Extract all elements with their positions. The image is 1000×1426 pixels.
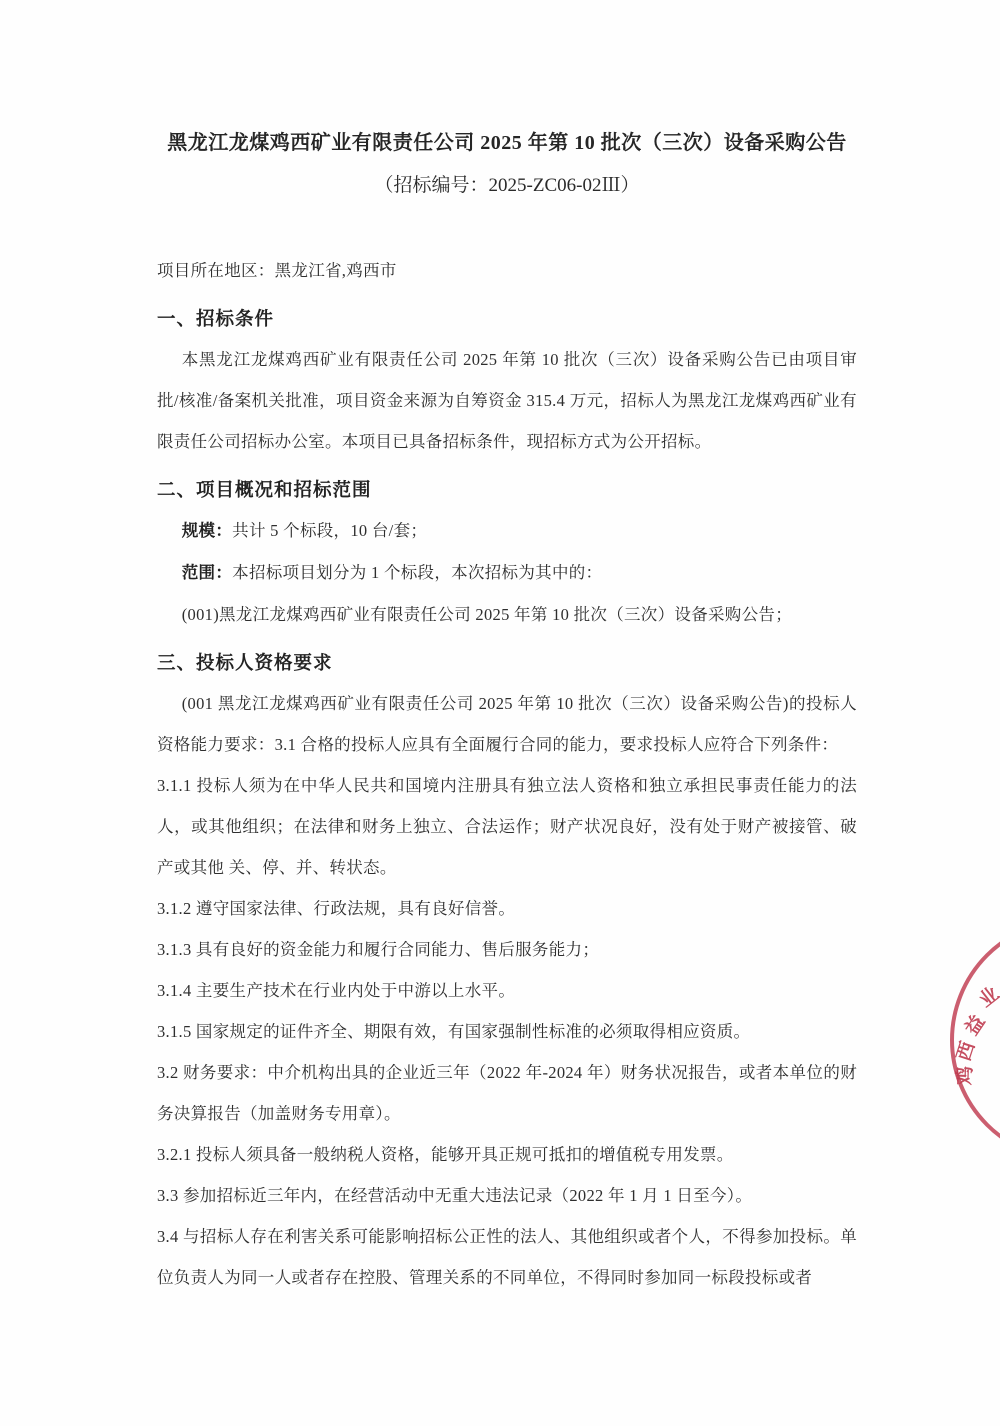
scope-text: 本招标项目划分为 1 个标段，本次招标为其中的： bbox=[232, 563, 602, 582]
document-content: 黑龙江龙煤鸡西矿业有限责任公司 2025 年第 10 批次（三次）设备采购公告 … bbox=[0, 0, 1000, 1298]
tender-number-subtitle: （招标编号：2025-ZC06-02Ⅲ） bbox=[157, 172, 857, 200]
qualification-item-3-1-4: 3.1.4 主要生产技术在行业内处于中游以上水平。 bbox=[157, 970, 857, 1011]
lot-001-line: (001)黑龙江龙煤鸡西矿业有限责任公司 2025 年第 10 批次（三次）设备… bbox=[157, 594, 857, 635]
qualification-item-3-3: 3.3 参加招标近三年内，在经营活动中无重大违法记录（2022 年 1 月 1 … bbox=[157, 1175, 857, 1216]
qualification-item-3-2-1: 3.2.1 投标人须具备一般纳税人资格，能够开具正规可抵扣的增值税专用发票。 bbox=[157, 1134, 857, 1175]
section-2-heading: 二、项目概况和招标范围 bbox=[157, 474, 857, 506]
section-3-intro-paragraph: (001 黑龙江龙煤鸡西矿业有限责任公司 2025 年第 10 批次（三次）设备… bbox=[157, 683, 857, 765]
scale-line: 规模：共计 5 个标段，10 台/套； bbox=[157, 510, 857, 552]
section-1-heading: 一、招标条件 bbox=[157, 303, 857, 335]
scope-line: 范围：本招标项目划分为 1 个标段，本次招标为其中的： bbox=[157, 552, 857, 594]
qualification-item-3-2: 3.2 财务要求：中介机构出具的企业近三年（2022 年-2024 年）财务状况… bbox=[157, 1052, 857, 1134]
qualification-item-3-4: 3.4 与招标人存在利害关系可能影响招标公正性的法人、其他组织或者个人，不得参加… bbox=[157, 1216, 857, 1298]
document-title: 黑龙江龙煤鸡西矿业有限责任公司 2025 年第 10 批次（三次）设备采购公告 bbox=[157, 128, 857, 158]
qualification-item-3-1-1: 3.1.1 投标人须为在中华人民共和国境内注册具有独立法人资格和独立承担民事责任… bbox=[157, 765, 857, 888]
scale-label: 规模： bbox=[182, 522, 232, 540]
scale-text: 共计 5 个标段，10 台/套； bbox=[232, 521, 427, 540]
section-1-paragraph: 本黑龙江龙煤鸡西矿业有限责任公司 2025 年第 10 批次（三次）设备采购公告… bbox=[157, 339, 857, 462]
section-3-heading: 三、投标人资格要求 bbox=[157, 647, 857, 679]
qualification-item-3-1-3: 3.1.3 具有良好的资金能力和履行合同能力、售后服务能力； bbox=[157, 929, 857, 970]
scope-label: 范围： bbox=[182, 564, 232, 582]
seal-character: 鸡 bbox=[956, 1066, 976, 1086]
project-location-line: 项目所在地区：黑龙江省,鸡西市 bbox=[157, 250, 857, 291]
qualification-item-3-1-5: 3.1.5 国家规定的证件齐全、期限有效，有国家强制性标准的必须取得相应资质。 bbox=[157, 1011, 857, 1052]
scanned-document-page: 黑龙江龙煤鸡西矿业有限责任公司 2025 年第 10 批次（三次）设备采购公告 … bbox=[0, 0, 1000, 1426]
qualification-item-3-1-2: 3.1.2 遵守国家法律、行政法规，具有良好信誉。 bbox=[157, 888, 857, 929]
